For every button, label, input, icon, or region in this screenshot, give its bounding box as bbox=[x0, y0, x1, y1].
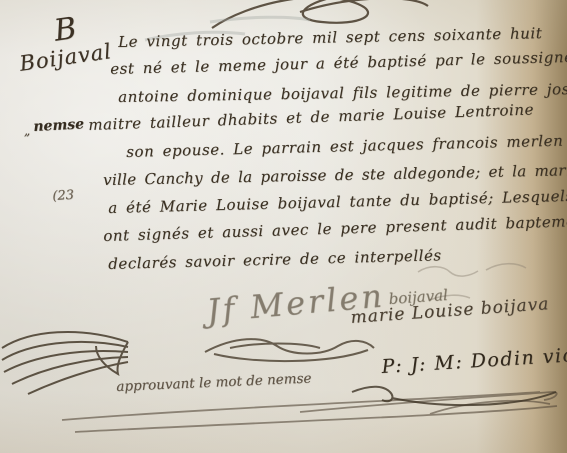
record-line: son epouse. Le parrain est jacques franc… bbox=[126, 130, 567, 161]
flourish-top-paraph bbox=[212, 0, 428, 28]
record-line: ont signés et aussi avec le pere present… bbox=[103, 210, 567, 244]
insertion-caret-marks: „ bbox=[24, 124, 30, 138]
record-line: declarés savoir ecrire de ce interpellés bbox=[108, 246, 442, 273]
record-line: maitre tailleur dhabits et de marie Loui… bbox=[88, 100, 534, 134]
record-line: est né et le meme jour a été baptisé par… bbox=[110, 48, 567, 78]
record-line: a été Marie Louise boijaval tante du bap… bbox=[108, 187, 567, 217]
margin-inserted-word: nemse bbox=[33, 116, 84, 135]
flourish-feather bbox=[2, 332, 128, 394]
signature-priest-dodin: P: J: M: Dodin vic bbox=[381, 344, 567, 378]
margin-surname: Boijaval bbox=[18, 39, 113, 76]
margin-entry-number: (23 bbox=[52, 188, 74, 204]
flourish-dodin-paraph bbox=[352, 387, 556, 405]
flourish-signature-underline bbox=[205, 339, 374, 361]
record-line: Le vingt trois octobre mil sept cens soi… bbox=[118, 24, 543, 51]
approval-note: approuvant le mot de nemse bbox=[116, 370, 312, 395]
manuscript-page: B Boijaval (23 „ nemse Le vingt trois oc… bbox=[0, 0, 567, 453]
flourish-bottom-rules bbox=[62, 392, 557, 432]
record-line: ville Canchy de la paroisse de ste aldeg… bbox=[103, 160, 567, 189]
